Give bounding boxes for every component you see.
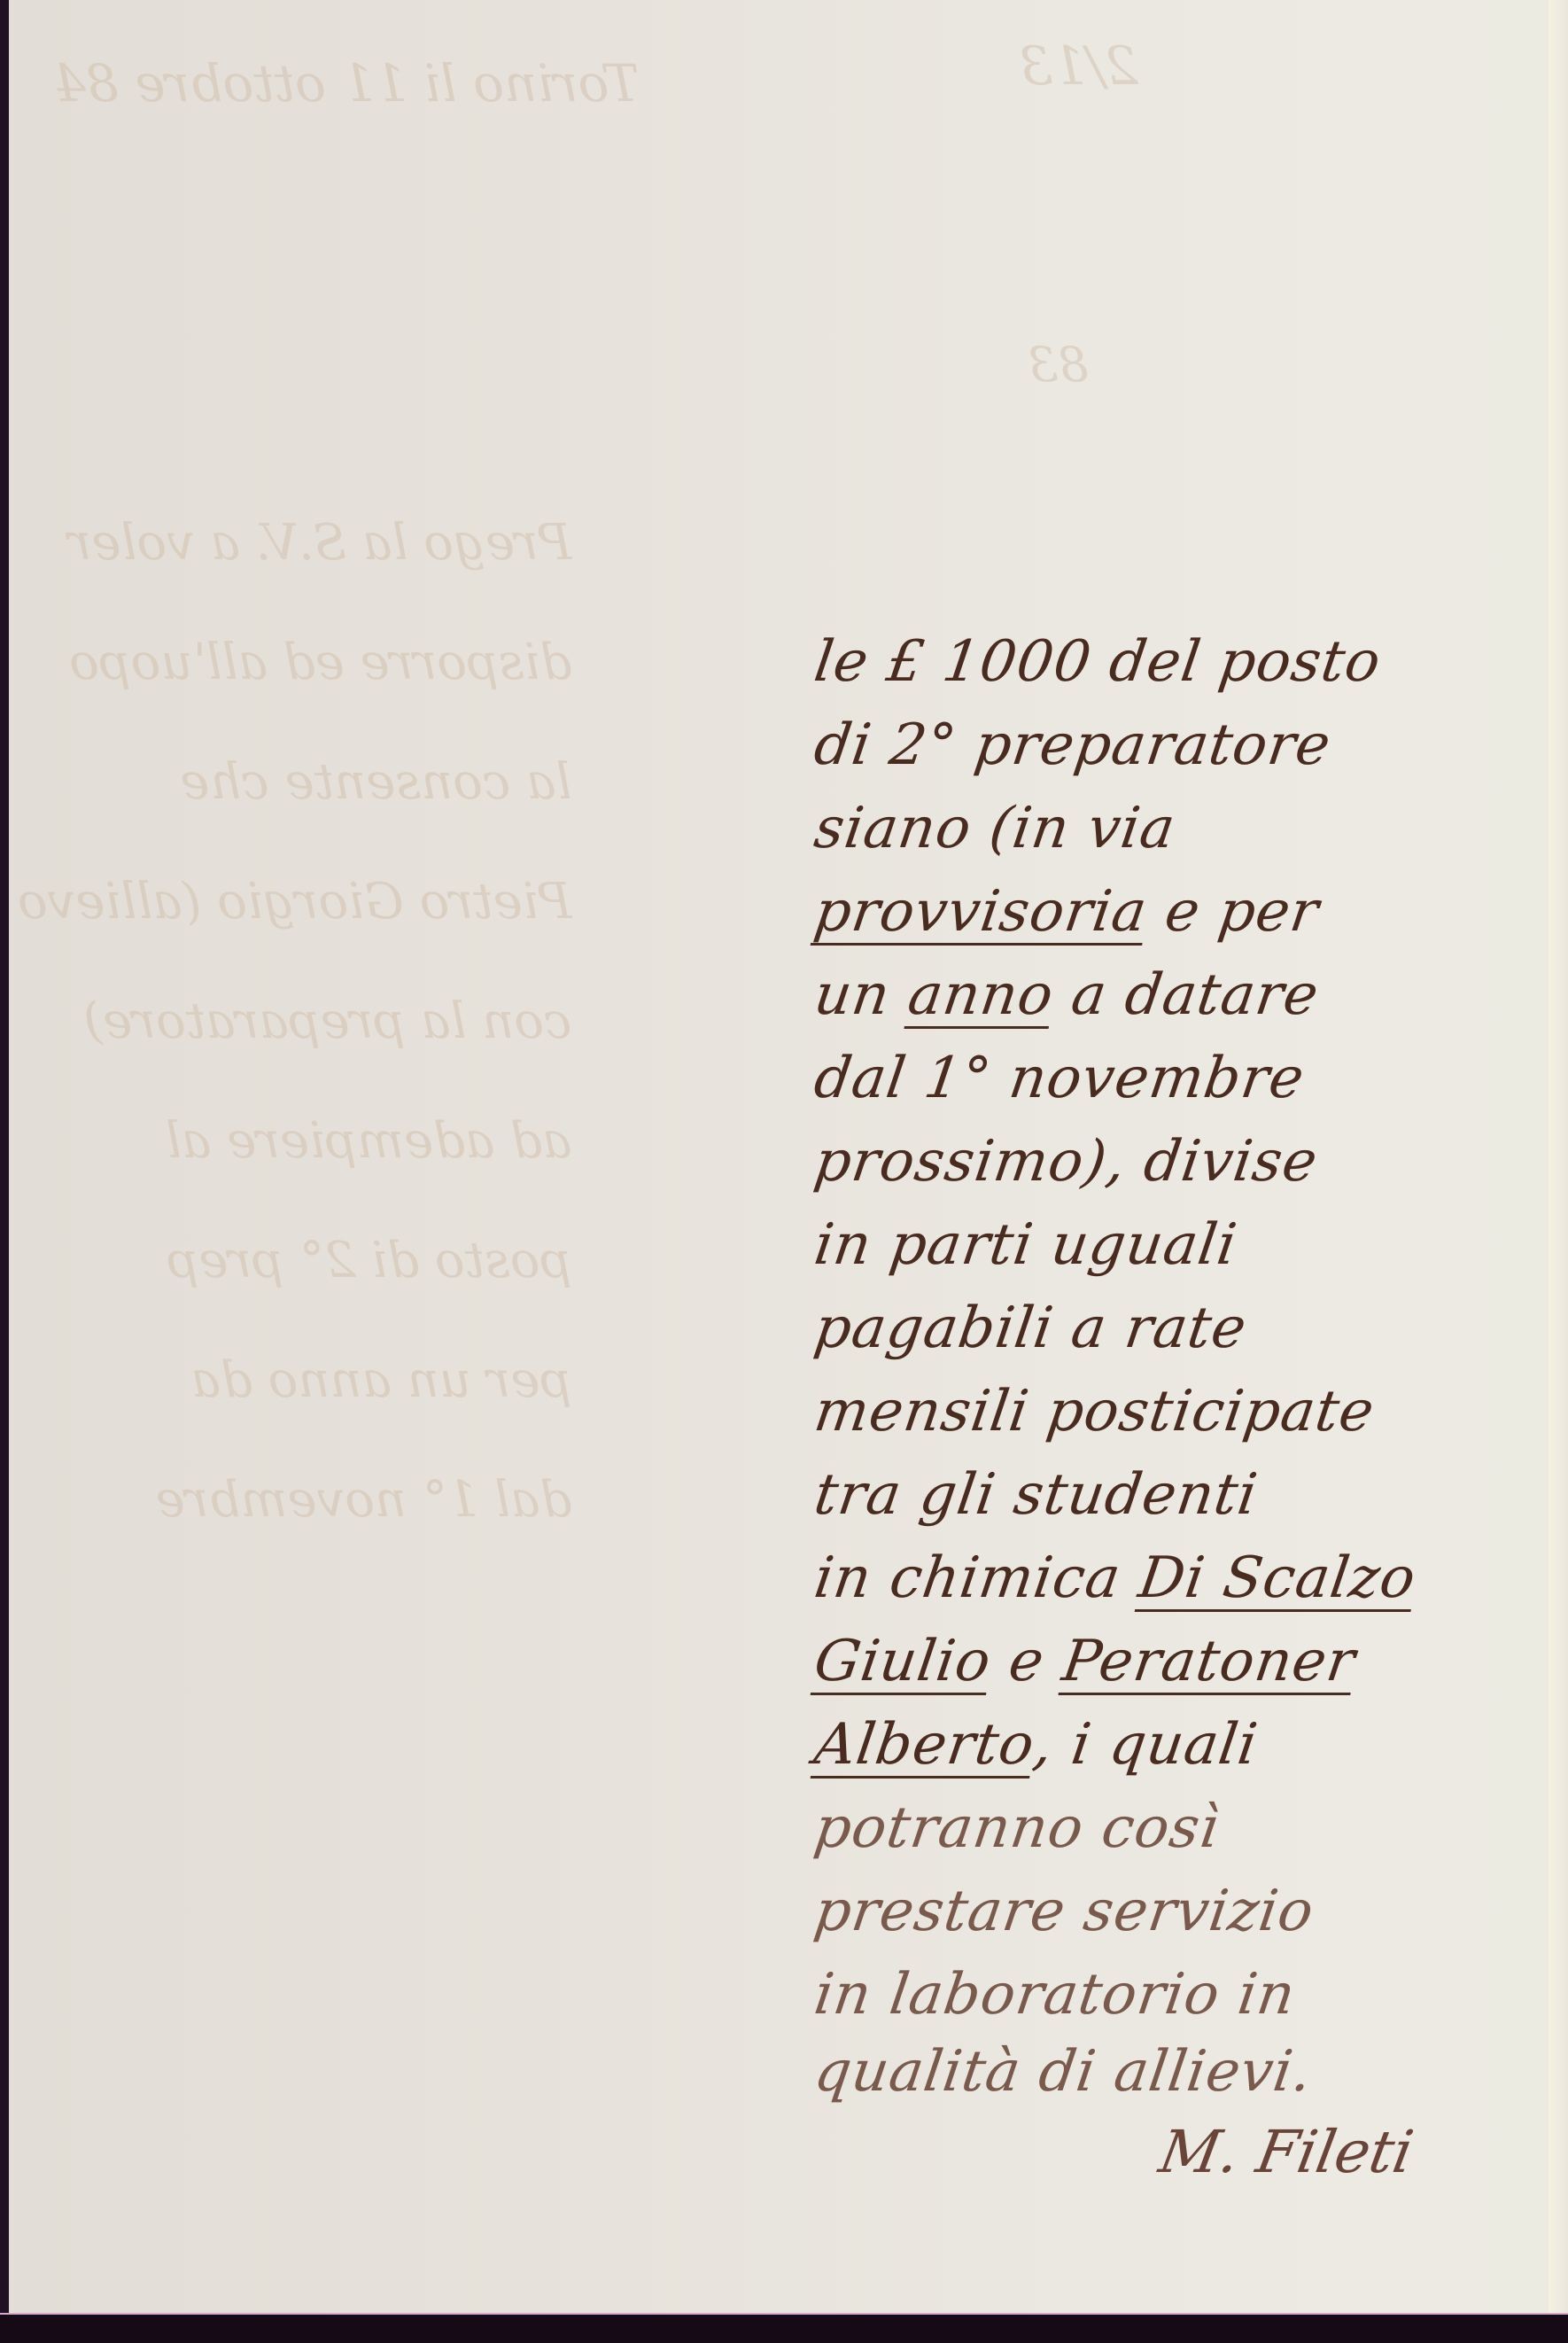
page-left-edge-shadow bbox=[0, 0, 9, 2315]
background-dark-edge bbox=[0, 2313, 1568, 2343]
text-line: in chimica Di Scalzo bbox=[809, 1537, 1547, 1620]
text-line: un anno a datare bbox=[809, 954, 1547, 1037]
text-line: prestare servizio bbox=[809, 1870, 1547, 1953]
underlined-name: Di Scalzo bbox=[1135, 1545, 1420, 1611]
text-line: in parti uguali bbox=[809, 1203, 1547, 1287]
text-line: Giulio e Peratoner bbox=[809, 1620, 1547, 1703]
underlined-name: Peratoner bbox=[1059, 1629, 1360, 1694]
text-line: in laboratorio in bbox=[809, 1953, 1547, 2036]
underlined-word: provvisoria bbox=[811, 879, 1152, 945]
text-line: mensili posticipate bbox=[809, 1370, 1547, 1453]
text-line: siano (in via bbox=[809, 787, 1547, 870]
underlined-name: Alberto bbox=[811, 1712, 1039, 1778]
handwritten-body: le £ 1000 del posto di 2° preparatore si… bbox=[815, 620, 1541, 2107]
text-line: potranno così bbox=[809, 1786, 1547, 1870]
text-line: tra gli studenti bbox=[809, 1453, 1547, 1537]
underlined-word: anno bbox=[904, 962, 1059, 1028]
underlined-name: Giulio bbox=[811, 1629, 996, 1694]
text-line: qualità di allievi. bbox=[810, 2036, 1546, 2107]
bleed-header: Torino li 11 ottobre 84 bbox=[53, 53, 640, 113]
signature: M. Fileti bbox=[1154, 2118, 1418, 2186]
bleed-folio: 2/13 bbox=[1019, 35, 1138, 97]
bleed-number: 83 bbox=[1028, 337, 1089, 393]
text-line: prossimo), divise bbox=[809, 1120, 1547, 1203]
text-line: Alberto, i quali bbox=[809, 1703, 1547, 1786]
text-line: le £ 1000 del posto bbox=[809, 620, 1547, 704]
text-line: pagabili a rate bbox=[809, 1287, 1547, 1370]
bleed-left-column: Prego la S.V. a voler disporre ed all'uo… bbox=[18, 483, 571, 1560]
text-line: di 2° preparatore bbox=[809, 704, 1547, 787]
underlying-page-edge bbox=[1549, 0, 1568, 2343]
text-line: dal 1° novembre bbox=[809, 1037, 1547, 1120]
text-line: provvisoria e per bbox=[809, 870, 1547, 954]
